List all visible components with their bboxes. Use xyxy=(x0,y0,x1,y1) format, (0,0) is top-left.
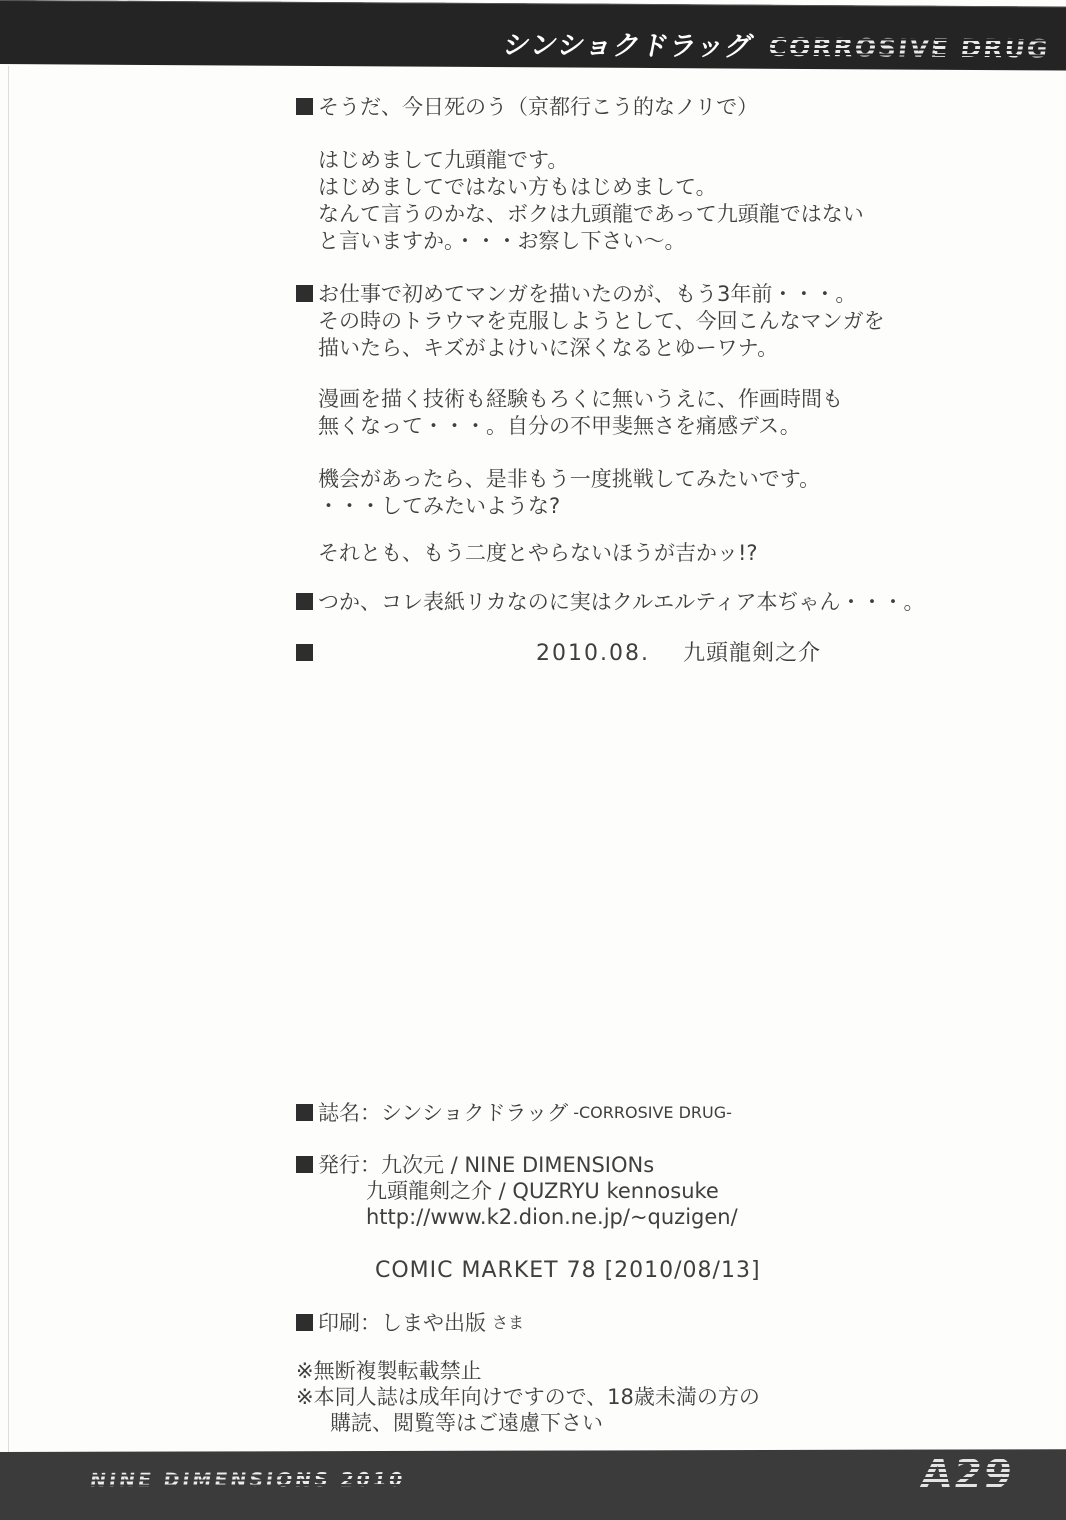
scan-edge-line xyxy=(8,66,9,1454)
text-line: と言いますか。・・・お察し下さい～。 xyxy=(296,228,916,255)
text-line: 漫画を描く技術も経験もろくに無いうえに、作画時間も xyxy=(296,386,916,413)
signature-text: 2010.08. 九頭龍剣之介 xyxy=(536,640,821,667)
section-marker-square xyxy=(296,285,313,302)
afterword-text-block: そうだ、今日死のう（京都行こう的なノリで） はじめまして九頭龍です。 はじめまし… xyxy=(296,94,916,667)
printer-line: 印刷： しまや出版 さま xyxy=(296,1310,936,1336)
text-line: 描いたら、キズがよけいに深くなるとゆーワナ。 xyxy=(296,335,916,362)
text-line: なんて言うのかな、ボクは九頭龍であって九頭龍ではない xyxy=(296,201,916,228)
circle-name-logo: NINE DIMENSIONS 2010 xyxy=(89,1469,407,1492)
event-line: COMIC MARKET 78 [2010/08/13] xyxy=(296,1258,936,1284)
notice-line-1: ※無断複製転載禁止 xyxy=(296,1358,936,1384)
signature-date: 2010.08. xyxy=(536,641,650,666)
footer-bar: NINE DIMENSIONS 2010 xyxy=(0,1449,1066,1520)
text-line: 無くなって・・・。自分の不甲斐無さを痛感デス。 xyxy=(296,413,916,440)
section-marker-square xyxy=(296,1314,313,1331)
text-line: 機会があったら、是非もう一度挑戦してみたいです。 xyxy=(296,466,916,493)
notice-line-2: ※本同人誌は成年向けですので、18歳未満の方の xyxy=(296,1384,936,1410)
header-bar: シンショクドラッグ CORROSIVE DRUG xyxy=(0,0,1066,71)
signature-author: 九頭龍剣之介 xyxy=(683,641,821,666)
afterword-heading-2: お仕事で初めてマンガを描いたのが、もう3年前・・・。 xyxy=(296,281,916,308)
colophon-title-line: 誌名： シンショクドラッグ -CORROSIVE DRUG- xyxy=(296,1100,936,1126)
text-line: はじめましてではない方もはじめまして。 xyxy=(296,174,916,201)
printer-honorific: さま xyxy=(492,1310,524,1336)
colophon-title-label: 誌名： xyxy=(318,1100,381,1126)
page-number: A29 xyxy=(918,1452,1017,1498)
colophon-title-suffix: -CORROSIVE DRUG- xyxy=(568,1100,732,1126)
heading-text: そうだ、今日死のう（京都行こう的なノリで） xyxy=(318,94,758,121)
afterword-paragraph-3: 漫画を描く技術も経験もろくに無いうえに、作画時間も 無くなって・・・。自分の不甲… xyxy=(296,386,916,440)
publisher-name: 九次元 / NINE DIMENSIONs xyxy=(381,1152,654,1178)
afterword-heading-3: つか、コレ表紙リカなのに実はクルエルティア本ぢゃん・・・。 xyxy=(296,589,916,616)
text-line: ・・・してみたいような? xyxy=(296,493,916,520)
section-marker-square xyxy=(296,644,313,661)
section-marker-square xyxy=(296,1104,313,1121)
colophon-title-value: シンショクドラッグ xyxy=(381,1100,568,1126)
text-line: はじめまして九頭龍です。 xyxy=(296,147,916,174)
signature-line: 2010.08. 九頭龍剣之介 xyxy=(296,640,916,667)
afterword-paragraph-5: それとも、もう二度とやらないほうが吉かッ!? xyxy=(296,540,916,567)
booklet-title-english: CORROSIVE DRUG xyxy=(767,33,1051,64)
colophon-block: 誌名： シンショクドラッグ -CORROSIVE DRUG- 発行： 九次元 /… xyxy=(296,1100,936,1436)
afterword-paragraph-4: 機会があったら、是非もう一度挑戦してみたいです。 ・・・してみたいような? xyxy=(296,466,916,520)
section-marker-square xyxy=(296,1156,313,1173)
publisher-line-1: 発行： 九次元 / NINE DIMENSIONs xyxy=(296,1152,936,1178)
header-titles: シンショクドラッグ CORROSIVE DRUG xyxy=(503,23,1049,65)
printer-name: しまや出版 xyxy=(381,1310,486,1336)
afterword-heading-1: そうだ、今日死のう（京都行こう的なノリで） xyxy=(296,94,916,121)
publisher-url: http://www.k2.dion.ne.jp/~quzigen/ xyxy=(296,1204,936,1230)
afterword-paragraph-2: お仕事で初めてマンガを描いたのが、もう3年前・・・。 その時のトラウマを克服しよ… xyxy=(296,281,916,362)
booklet-title-japanese: シンショクドラッグ xyxy=(500,23,757,63)
printer-label: 印刷： xyxy=(318,1310,381,1336)
publisher-label: 発行： xyxy=(318,1152,381,1178)
colophon-publisher-lines: 発行： 九次元 / NINE DIMENSIONs 九頭龍剣之介 / QUZRY… xyxy=(296,1152,936,1230)
heading-text: お仕事で初めてマンガを描いたのが、もう3年前・・・。 xyxy=(318,281,856,308)
heading-text: つか、コレ表紙リカなのに実はクルエルティア本ぢゃん・・・。 xyxy=(318,589,924,616)
notice-lines: ※無断複製転載禁止 ※本同人誌は成年向けですので、18歳未満の方の 購読、閲覧等… xyxy=(296,1358,936,1436)
publisher-line-2: 九頭龍剣之介 / QUZRYU kennosuke xyxy=(296,1178,936,1204)
section-marker-square xyxy=(296,593,313,610)
text-line: その時のトラウマを克服しようとして、今回こんなマンガを xyxy=(296,308,916,335)
scanned-afterword-page: シンショクドラッグ CORROSIVE DRUG そうだ、今日死のう（京都行こう… xyxy=(0,0,1066,1520)
section-marker-square xyxy=(296,98,313,115)
notice-line-3: 購読、閲覧等はご遠慮下さい xyxy=(296,1410,936,1436)
afterword-paragraph-1: はじめまして九頭龍です。 はじめましてではない方もはじめまして。 なんて言うのか… xyxy=(296,147,916,255)
text-line: それとも、もう二度とやらないほうが吉かッ!? xyxy=(296,540,916,567)
